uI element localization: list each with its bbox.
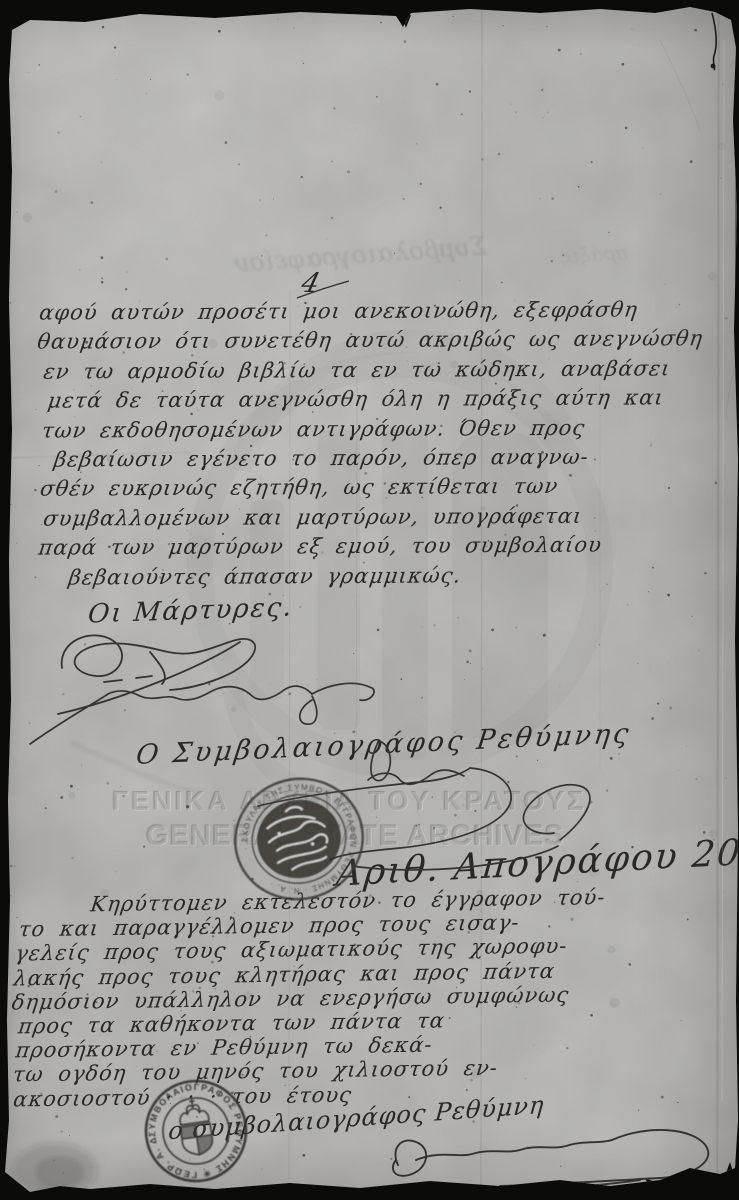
handwritten-line: αφού αυτών προσέτι μοι ανεκοινώθη, εξεφρ… [37,295,679,328]
handwritten-line: συμβαλλομένων και μαρτύρων, υπογράφεται [41,501,680,534]
final-signature [238,1130,708,1194]
handwritten-line: βεβαιούντες άπασαν γραμμικώς. [67,560,681,593]
certification-text-block: Κηρύττομεν εκτελεστόν το έγγραφον τού-το… [11,885,654,1112]
witness-signature-1 [58,635,255,714]
handwritten-line: μετά δε ταύτα ανεγνώσθη όλη η πράξις αύτ… [46,384,680,417]
handwritten-line: εν τω αρμοδίω βιβλίω τα εν τω κώδηκι, αν… [42,354,680,387]
handwritten-line: θαυμάσιον ότι συνετέθη αυτώ ακριβώς ως α… [35,325,679,358]
witnesses-heading: Οι Μάρτυρες. [86,592,295,629]
bleedthrough-text-2: πράξις [559,240,629,269]
bleedthrough-text: Συμβολαιογραφείον [233,231,488,278]
watermark-text-greek: ΓΕΝΙΚΑ ΑΡΧΕΙΑ ΤΟΥ ΚΡΑΤΟΥΣ [112,786,587,817]
handwritten-line: παρά των μαρτύρων εξ εμού, του συμβολαίο… [37,531,681,564]
notary-title-line: Ο Συμβολαιογράφος Ρεθύμνης [134,718,633,771]
document-page: Συμβολαιογραφείον πράξις ΓΕΝΙΚΑ ΑΡΧΕΙΑ Τ… [0,0,739,1200]
stain-blob [13,1143,97,1197]
handwritten-line: των εκδοθησομένων αντιγράφων. Όθεν προς [40,413,680,446]
document-scan: Συμβολαιογραφείον πράξις ΓΕΝΙΚΑ ΑΡΧΕΙΑ Τ… [0,0,739,1200]
handwritten-line: σθέν ευκρινώς εζητήθη, ως εκτίθεται των [38,472,680,505]
body-text-block: αφού αυτών προσέτι μοι ανεκοινώθη, εξεφρ… [37,295,679,592]
handwritten-line: βεβαίωσιν εγένετο το παρόν, όπερ αναγνω- [52,442,680,475]
